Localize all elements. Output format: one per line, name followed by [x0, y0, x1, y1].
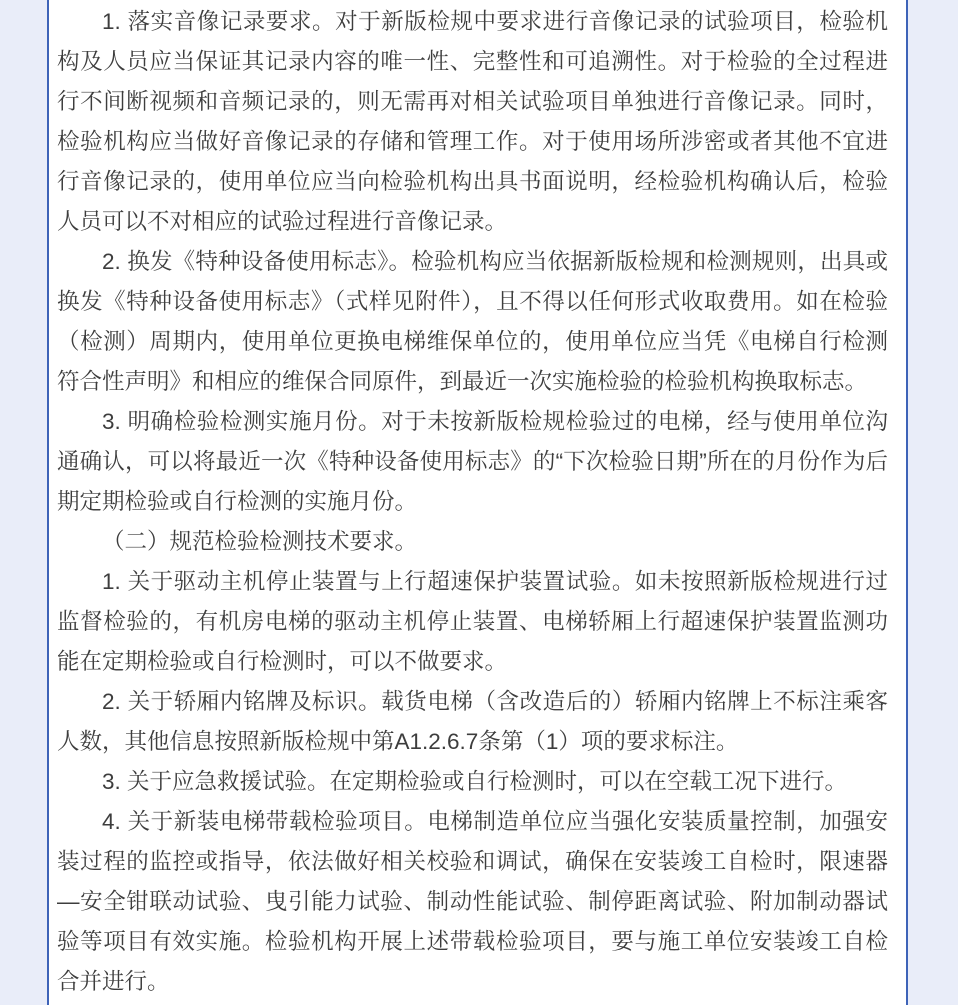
document-body: 1. 落实音像记录要求。对于新版检规中要求进行音像记录的试验项目，检验机构及人员…	[57, 2, 888, 1002]
page-background: 1. 落实音像记录要求。对于新版检规中要求进行音像记录的试验项目，检验机构及人员…	[0, 0, 958, 1005]
paragraph-loaded-inspection-items: 4. 关于新装电梯带载检验项目。电梯制造单位应当强化安装质量控制，加强安装过程的…	[57, 802, 888, 1002]
paragraph-drive-machine-stop-device: 1. 关于驱动主机停止装置与上行超速保护装置试验。如未按照新版检规进行过监督检验…	[57, 562, 888, 682]
paragraph-car-nameplate: 2. 关于轿厢内铭牌及标识。载货电梯（含改造后的）轿厢内铭牌上不标注乘客人数，其…	[57, 682, 888, 762]
paragraph-audio-video-recording: 1. 落实音像记录要求。对于新版检规中要求进行音像记录的试验项目，检验机构及人员…	[57, 2, 888, 242]
document-panel: 1. 落实音像记录要求。对于新版检规中要求进行音像记录的试验项目，检验机构及人员…	[47, 0, 908, 1005]
paragraph-usage-mark-renewal: 2. 换发《特种设备使用标志》。检验机构应当依据新版检规和检测规则，出具或换发《…	[57, 242, 888, 402]
paragraph-inspection-month: 3. 明确检验检测实施月份。对于未按新版检规检验过的电梯，经与使用单位沟通确认，…	[57, 402, 888, 522]
section-heading-technical-requirements: （二）规范检验检测技术要求。	[57, 522, 888, 562]
paragraph-emergency-rescue-test: 3. 关于应急救援试验。在定期检验或自行检测时，可以在空载工况下进行。	[57, 762, 888, 802]
